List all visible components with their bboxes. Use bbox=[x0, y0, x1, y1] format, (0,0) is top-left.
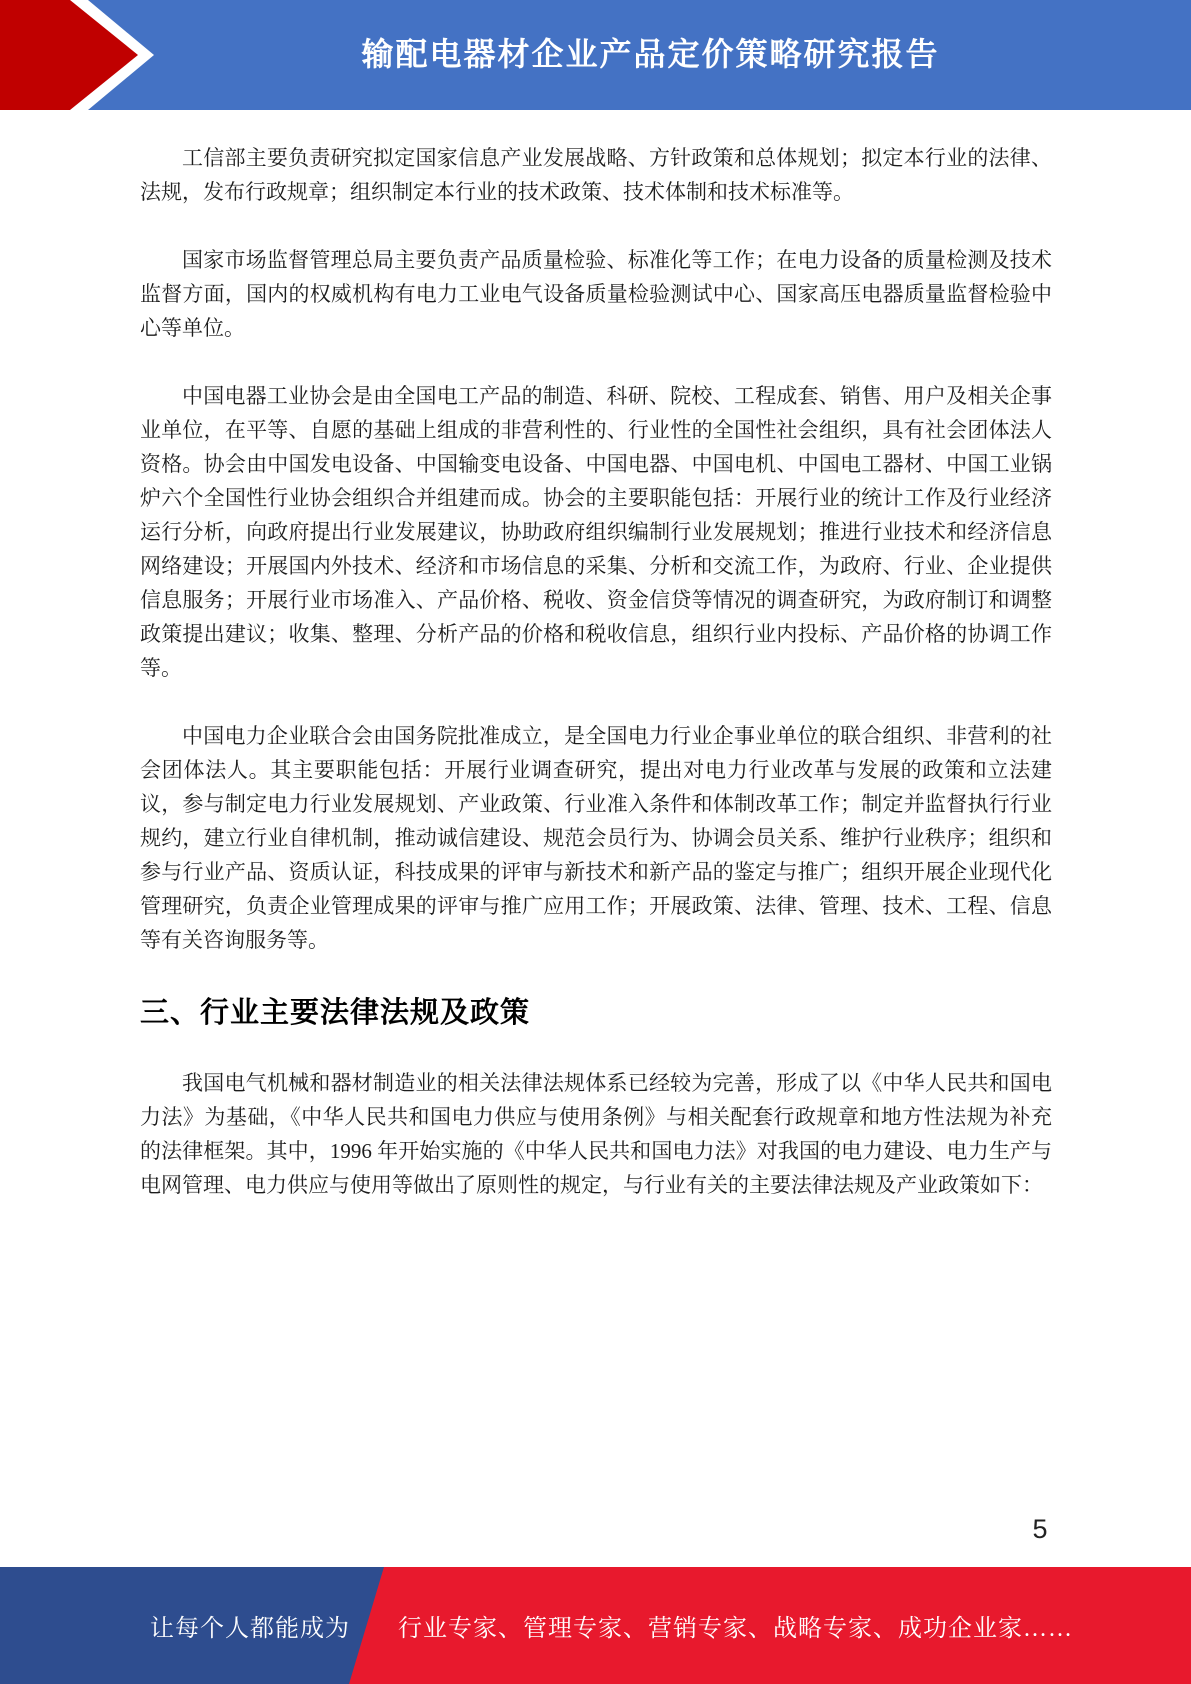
body-paragraph: 中国电器工业协会是由全国电工产品的制造、科研、院校、工程成套、销售、用户及相关企… bbox=[140, 379, 1052, 685]
body-paragraph: 我国电气机械和器材制造业的相关法律法规体系已经较为完善，形成了以《中华人民共和国… bbox=[140, 1066, 1052, 1202]
body-paragraph: 国家市场监督管理总局主要负责产品质量检验、标准化等工作；在电力设备的质量检测及技… bbox=[140, 243, 1052, 345]
document-body: 工信部主要负责研究拟定国家信息产业发展战略、方针政策和总体规划；拟定本行业的法律… bbox=[140, 141, 1052, 1236]
document-page: 输配电器材企业产品定价策略研究报告 工信部主要负责研究拟定国家信息产业发展战略、… bbox=[0, 0, 1191, 1684]
page-number: 5 bbox=[1016, 1514, 1064, 1545]
body-paragraph: 中国电力企业联合会由国务院批准成立，是全国电力行业企事业单位的联合组织、非营利的… bbox=[140, 719, 1052, 957]
header-banner: 输配电器材企业产品定价策略研究报告 bbox=[0, 0, 1191, 110]
report-title: 输配电器材企业产品定价策略研究报告 bbox=[170, 0, 1131, 104]
footer-slogan-left: 让每个人都能成为 bbox=[0, 1567, 350, 1684]
body-paragraph: 工信部主要负责研究拟定国家信息产业发展战略、方针政策和总体规划；拟定本行业的法律… bbox=[140, 141, 1052, 209]
footer-slogan-right: 行业专家、管理专家、营销专家、战略专家、成功企业家…… bbox=[398, 1567, 1171, 1684]
footer-banner: 让每个人都能成为 行业专家、管理专家、营销专家、战略专家、成功企业家…… bbox=[0, 1567, 1191, 1684]
section-heading: 三、行业主要法律法规及政策 bbox=[140, 991, 1052, 1035]
